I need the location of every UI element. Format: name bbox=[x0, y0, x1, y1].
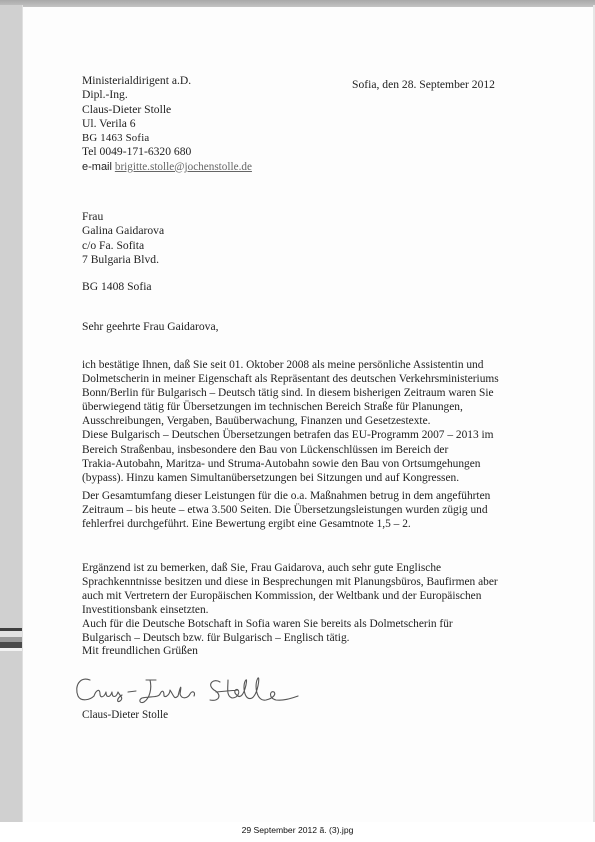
paragraph-line: (bypass). Hinzu kamen Simultanübersetzun… bbox=[82, 471, 499, 485]
paragraph-line: Dolmetscherin in meiner Eigenschaft als … bbox=[82, 372, 499, 386]
sender-street: Ul. Verila 6 bbox=[82, 117, 252, 131]
paragraph-line: Ausschreibungen, Vergaben, Bauüberwachun… bbox=[82, 414, 499, 428]
paragraph-line: ich bestätige Ihnen, daß Sie seit 01. Ok… bbox=[82, 358, 499, 372]
body-paragraph-3: Ergänzend ist zu bemerken, daß Sie, Frau… bbox=[82, 561, 498, 646]
body-paragraph-1: ich bestätige Ihnen, daß Sie seit 01. Ok… bbox=[82, 358, 499, 485]
sender-name: Claus-Dieter Stolle bbox=[82, 103, 252, 117]
recipient-salutation-title: Frau bbox=[82, 210, 164, 224]
letter-date: Sofia, den 28. September 2012 bbox=[352, 78, 495, 92]
recipient-street: 7 Bulgaria Blvd. bbox=[82, 253, 164, 267]
margin-mark bbox=[0, 648, 22, 651]
paragraph-line: überwiegend tätig für Übersetzungen im t… bbox=[82, 400, 499, 414]
paragraph-line: Investitionsbank einsetzten. bbox=[82, 603, 498, 617]
paragraph-line: Ergänzend ist zu bemerken, daß Sie, Frau… bbox=[82, 561, 498, 575]
signed-name: Claus-Dieter Stolle bbox=[82, 708, 168, 722]
paragraph-line: Bereich Straßenbau, insbesondere den Bau… bbox=[82, 443, 499, 457]
paragraph-line: auch mit Vertretern der Europäischen Kom… bbox=[82, 589, 498, 603]
recipient-city: BG 1408 Sofia bbox=[82, 280, 164, 294]
sender-title: Ministerialdirigent a.D. bbox=[82, 74, 252, 88]
scan-top-edge bbox=[0, 0, 595, 7]
paragraph-line: Trakia-Autobahn, Maritza- und Struma-Aut… bbox=[82, 457, 499, 471]
letter-closing: Mit freundlichen Grüßen bbox=[82, 644, 198, 658]
sender-email-link[interactable]: brigitte.stolle@jochenstolle.de bbox=[115, 161, 252, 173]
recipient-name: Galina Gaidarova bbox=[82, 224, 164, 238]
signature-icon bbox=[70, 668, 310, 708]
body-paragraph-2: Der Gesamtumfang dieser Leistungen für d… bbox=[82, 489, 490, 531]
sender-city: BG 1463 Sofia bbox=[82, 131, 252, 145]
paragraph-line: Sprachkenntnisse besitzen und diese in B… bbox=[82, 575, 498, 589]
letter-salutation: Sehr geehrte Frau Gaidarova, bbox=[82, 320, 219, 334]
scan-left-margin-strip bbox=[0, 5, 23, 822]
recipient-address-block: Frau Galina Gaidarova c/o Fa. Sofita 7 B… bbox=[82, 210, 164, 294]
paragraph-line: Zeitraum – bis heute – etwa 3.500 Seiten… bbox=[82, 503, 490, 517]
paragraph-line: Auch für die Deutsche Botschaft in Sofia… bbox=[82, 617, 498, 631]
sender-address-block: Ministerialdirigent a.D. Dipl.-Ing. Clau… bbox=[82, 74, 252, 174]
paragraph-line: Der Gesamtumfang dieser Leistungen für d… bbox=[82, 489, 490, 503]
sender-email-label: e-mail bbox=[82, 161, 112, 173]
handwritten-signature bbox=[70, 668, 310, 708]
image-file-caption: 29 September 2012 ã. (3).jpg bbox=[0, 825, 595, 835]
paragraph-line: fehlerfrei durchgeführt. Eine Bewertung … bbox=[82, 517, 490, 531]
recipient-company: c/o Fa. Sofita bbox=[82, 239, 164, 253]
paragraph-line: Bonn/Berlin für Bulgarisch – Deutsch tät… bbox=[82, 386, 499, 400]
sender-phone: Tel 0049-171-6320 680 bbox=[82, 145, 252, 159]
scanned-letter-page: Ministerialdirigent a.D. Dipl.-Ing. Clau… bbox=[0, 0, 595, 822]
sender-degree: Dipl.-Ing. bbox=[82, 88, 252, 102]
paragraph-line: Diese Bulgarisch – Deutschen Übersetzung… bbox=[82, 428, 499, 442]
